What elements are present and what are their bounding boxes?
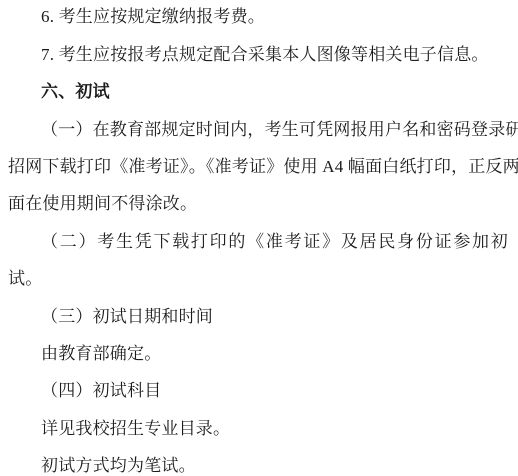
text-line-para2-start: （二）考生凭下载打印的《准考证》及居民身份证参加初 [8, 232, 508, 251]
text-line-para1-end: 面在使用期间不得涂改。 [8, 194, 508, 213]
section-heading: 六、初试 [8, 82, 508, 101]
text-line-item-7: 7. 考生应按报考点规定配合采集本人图像等相关电子信息。 [8, 45, 508, 64]
text-line-para2-end: 试。 [8, 269, 508, 288]
text-line-para4-title: （四）初试科目 [8, 381, 508, 400]
text-line-para4-body: 详见我校招生专业目录。 [8, 419, 508, 438]
text-line-item-6: 6. 考生应按规定缴纳报考费。 [8, 7, 508, 26]
text-line-para4-body2: 初试方式均为笔试。 [8, 456, 508, 475]
text-line-para1-cont: 招网下载打印《准考证》。《准考证》使用 A4 幅面白纸打印，正反两 [8, 157, 508, 176]
text-line-para3-title: （三）初试日期和时间 [8, 307, 508, 326]
text-line-para3-body: 由教育部确定。 [8, 344, 508, 363]
text-line-para1-start: （一）在教育部规定时间内，考生可凭网报用户名和密码登录研 [8, 120, 508, 139]
document-page: 6. 考生应按规定缴纳报考费。 7. 考生应按报考点规定配合采集本人图像等相关电… [0, 0, 518, 476]
